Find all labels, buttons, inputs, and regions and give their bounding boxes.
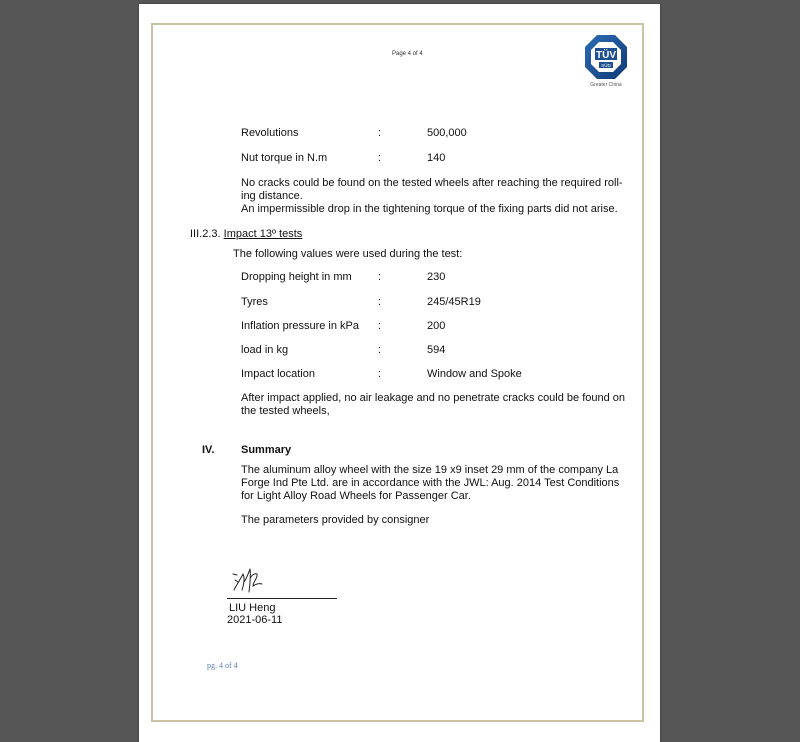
text-line: An impermissible drop in the tightening … [241,203,623,216]
text-line: Forge Ind Pte Ltd. are in accordance wit… [241,477,619,490]
param-colon: : [378,127,381,139]
text-line: for Light Alloy Road Wheels for Passenge… [241,490,619,503]
param-label: load in kg [241,344,288,356]
page-border [151,23,644,722]
param-label: Nut torque in N.m [241,152,327,164]
param-label: Impact location [241,368,315,380]
param-label: Tyres [241,296,268,308]
summary-number: IV. [202,444,214,456]
signature-date: 2021-06-11 [227,614,282,627]
section-number: III.2.3. [190,228,221,240]
svg-text:SÜD: SÜD [601,62,611,68]
param-colon: : [378,296,381,308]
footer-page-number: pg. 4 of 4 [207,661,238,670]
param-colon: : [378,271,381,283]
signature-line [227,598,337,599]
param-colon: : [378,320,381,332]
param-value: Window and Spoke [427,368,522,380]
logo-caption: Greater China [581,82,631,88]
param-label: Revolutions [241,127,298,139]
param-colon: : [378,152,381,164]
header-page-number: Page 4 of 4 [392,51,423,57]
param-colon: : [378,344,381,356]
param-value: 500,000 [427,127,467,139]
param-value: 140 [427,152,445,164]
svg-text:TÜV: TÜV [596,48,616,61]
section-heading-impact: III.2.3. Impact 13º tests [190,228,302,240]
document-page: Page 4 of 4 TÜV SÜD Greater China Revolu… [139,4,660,742]
tuv-sud-logo: TÜV SÜD Greater China [581,34,631,88]
text-line: After impact applied, no air leakage and… [241,392,625,405]
param-colon: : [378,368,381,380]
section-title: Impact 13º tests [224,228,303,240]
param-value: 594 [427,344,445,356]
text-line: No cracks could be found on the tested w… [241,177,623,190]
signature-icon [231,564,291,594]
impact-result: After impact applied, no air leakage and… [241,392,625,418]
text-line: The aluminum alloy wheel with the size 1… [241,464,619,477]
summary-title: Summary [241,444,291,456]
text-line: ing distance. [241,190,623,203]
summary-note: The parameters provided by consigner [241,514,429,527]
param-value: 230 [427,271,445,283]
param-value: 200 [427,320,445,332]
fatigue-result: No cracks could be found on the tested w… [241,177,623,216]
impact-intro: The following values were used during th… [233,248,462,261]
text-line: the tested wheels, [241,405,625,418]
summary-paragraph: The aluminum alloy wheel with the size 1… [241,464,619,503]
param-label: Dropping height in mm [241,271,352,283]
param-value: 245/45R19 [427,296,481,308]
tuv-octagon-icon: TÜV SÜD [584,34,628,80]
param-label: Inflation pressure in kPa [241,320,359,332]
